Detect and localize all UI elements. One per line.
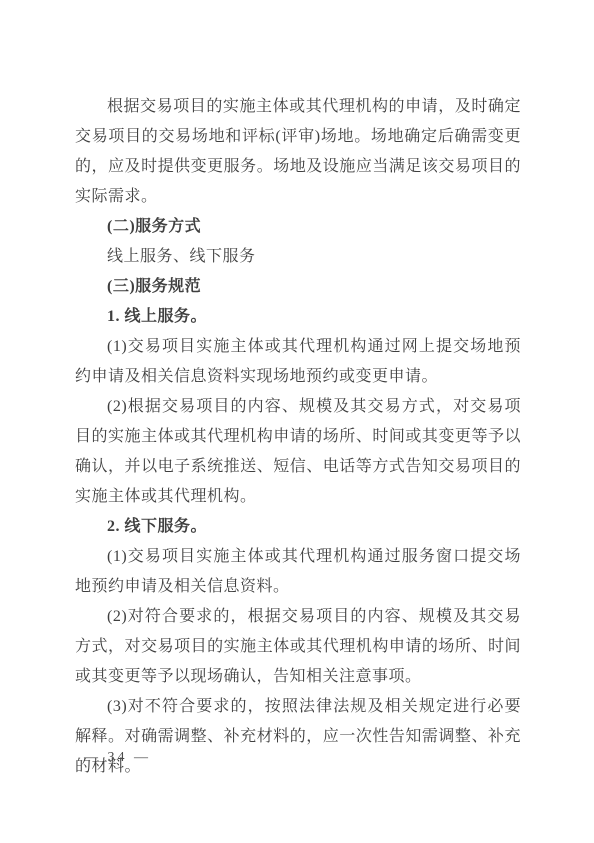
paragraph-service-mode-list: 线上服务、线下服务 <box>75 242 521 272</box>
section-heading-service-mode: (二)服务方式 <box>75 212 521 242</box>
paragraph-online-item-1: (1)交易项目实施主体或其代理机构通过网上提交场地预约申请及相关信息资料实现场地… <box>75 332 521 392</box>
paragraph-online-item-2: (2)根据交易项目的内容、规模及其交易方式，对交易项目的实施主体或其代理机构申请… <box>75 392 521 512</box>
paragraph-venue-confirmation: 根据交易项目的实施主体或其代理机构的申请，及时确定交易项目的交易场地和评标(评审… <box>75 92 521 212</box>
page-number: — 34 — <box>84 748 151 768</box>
paragraph-offline-item-3: (3)对不符合要求的，按照法律法规及相关规定进行必要解释。对确需调整、补充材料的… <box>75 692 521 782</box>
paragraph-offline-item-2: (2)对符合要求的，根据交易项目的内容、规模及其交易方式，对交易项目的实施主体或… <box>75 602 521 692</box>
section-heading-service-standard: (三)服务规范 <box>75 272 521 302</box>
subheading-online-service: 1. 线上服务。 <box>75 302 521 332</box>
paragraph-offline-item-1: (1)交易项目实施主体或其代理机构通过服务窗口提交场地预约申请及相关信息资料。 <box>75 542 521 602</box>
subheading-offline-service: 2. 线下服务。 <box>75 512 521 542</box>
scanned-document-page: 根据交易项目的实施主体或其代理机构的申请，及时确定交易项目的交易场地和评标(评审… <box>0 0 594 843</box>
document-body: 根据交易项目的实施主体或其代理机构的申请，及时确定交易项目的交易场地和评标(评审… <box>75 92 521 782</box>
